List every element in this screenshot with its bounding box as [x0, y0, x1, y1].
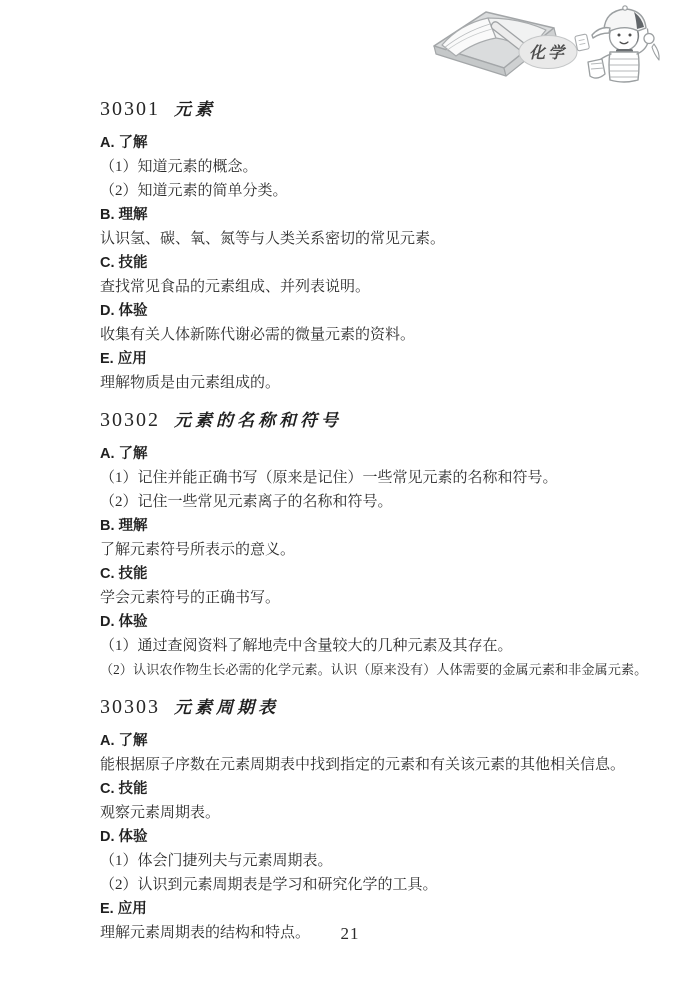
- objective-text: （2）记住一些常见元素离子的名称和符号。: [100, 490, 660, 514]
- sections-container: 30301元素A. 了解（1）知道元素的概念。（2）知道元素的简单分类。B. 理…: [100, 84, 660, 945]
- objective-level-heading: E. 应用: [100, 897, 660, 921]
- section-heading: 30303元素周期表: [100, 694, 660, 721]
- objective-text: 观察元素周期表。: [100, 801, 660, 825]
- objective-text: （1）记住并能正确书写（原来是记住）一些常见元素的名称和符号。: [100, 466, 660, 490]
- objective-text: （2）知道元素的简单分类。: [100, 179, 660, 203]
- section-code: 30303: [100, 696, 160, 718]
- objective-level-heading: A. 了解: [100, 442, 660, 466]
- objective-level-heading: B. 理解: [100, 203, 660, 227]
- chemistry-bubble: 化学: [519, 36, 577, 69]
- objective-text: 学会元素符号的正确书写。: [100, 586, 660, 610]
- objective-text: 了解元素符号所表示的意义。: [100, 538, 660, 562]
- section-title: 元素: [174, 100, 216, 119]
- objective-level-heading: C. 技能: [100, 562, 660, 586]
- objective-text: （1）体会门捷列夫与元素周期表。: [100, 849, 660, 873]
- objective-level-heading: D. 体验: [100, 299, 660, 323]
- objective-level-heading: C. 技能: [100, 777, 660, 801]
- objective-text: 能根据原子序数在元素周期表中找到指定的元素和有关该元素的其他相关信息。: [100, 753, 660, 777]
- section-30303: 30303元素周期表A. 了解能根据原子序数在元素周期表中找到指定的元素和有关该…: [100, 694, 660, 945]
- objective-text: 理解物质是由元素组成的。: [100, 371, 660, 395]
- objective-text: （1）通过查阅资料了解地壳中含量较大的几种元素及其存在。: [100, 634, 660, 658]
- document-page: 化学: [0, 0, 700, 986]
- section-30302: 30302元素的名称和符号A. 了解（1）记住并能正确书写（原来是记住）一些常见…: [100, 407, 660, 682]
- objective-level-heading: A. 了解: [100, 131, 660, 155]
- objective-level-heading: C. 技能: [100, 251, 660, 275]
- section-heading: 30301元素: [100, 96, 660, 123]
- objective-text: （2）认识农作物生长必需的化学元素。认识（原来没有）人体需要的金属元素和非金属元…: [100, 658, 660, 682]
- section-title: 元素的名称和符号: [174, 411, 342, 430]
- page-number: 21: [0, 924, 700, 944]
- objective-level-heading: E. 应用: [100, 347, 660, 371]
- objective-level-heading: A. 了解: [100, 729, 660, 753]
- section-title: 元素周期表: [174, 698, 279, 717]
- objective-level-heading: D. 体验: [100, 610, 660, 634]
- objective-text: 收集有关人体新陈代谢必需的微量元素的资料。: [100, 323, 660, 347]
- objective-text: 查找常见食品的元素组成、并列表说明。: [100, 275, 660, 299]
- section-heading: 30302元素的名称和符号: [100, 407, 660, 434]
- section-code: 30301: [100, 98, 160, 120]
- objective-level-heading: D. 体验: [100, 825, 660, 849]
- objective-text: （1）知道元素的概念。: [100, 155, 660, 179]
- student-character-icon: [588, 6, 659, 82]
- section-code: 30302: [100, 409, 160, 431]
- objective-text: 认识氢、碳、氧、氮等与人类关系密切的常见元素。: [100, 227, 660, 251]
- objective-level-heading: B. 理解: [100, 514, 660, 538]
- objective-text: （2）认识到元素周期表是学习和研究化学的工具。: [100, 873, 660, 897]
- header-illustration: 化学: [424, 2, 674, 92]
- section-30301: 30301元素A. 了解（1）知道元素的概念。（2）知道元素的简单分类。B. 理…: [100, 96, 660, 395]
- chemistry-label: 化学: [529, 44, 567, 62]
- paper-tag-icon: [575, 34, 590, 51]
